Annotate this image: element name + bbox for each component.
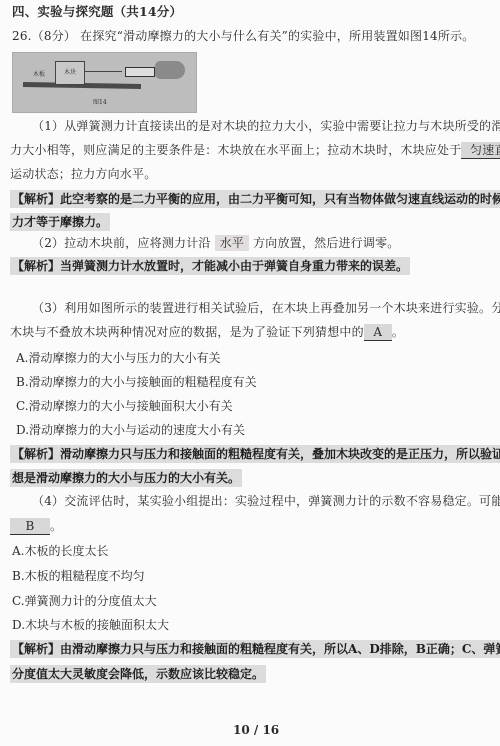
exam-page: 四、实验与探究题（共14分） 26.（8分） 在探究“滑动摩擦力的大小与什么有关… — [0, 0, 500, 746]
part3-option-d: D.滑动摩擦力的大小与运动的速度大小有关 — [16, 422, 245, 438]
part3-line1: （3）利用如图所示的装置进行相关试验后，在木块上再叠加另一个木块来进行实验。分析… — [32, 300, 500, 316]
part3-option-c: C.滑动摩擦力的大小与接触面积大小有关 — [16, 398, 233, 414]
part4-option-c: C.弹簧测力计的分度值太大 — [12, 593, 157, 609]
part3-line2-suffix: 。 — [392, 325, 404, 339]
part2-analysis: 【解析】当弹簧测力计水放置时，才能减小由于弹簧自身重力带来的误差。 — [10, 257, 410, 275]
part1-line1: （1）从弹簧测力计直接读出的是对木块的拉力大小，实验中需要让拉力与木块所受的滑动… — [32, 118, 500, 134]
part4-line2: B。 — [10, 518, 62, 535]
part2-prefix: （2）拉动木块前，应将测力计沿 — [32, 236, 211, 250]
part2-answer: 水平 — [215, 235, 249, 251]
hand-icon — [155, 61, 185, 79]
section-title: 四、实验与探究题（共14分） — [12, 4, 182, 20]
part4-option-b: B.木板的粗糙程度不均匀 — [12, 568, 145, 584]
part3-option-b: B.滑动摩擦力的大小与接触面的粗糙程度有关 — [16, 374, 257, 390]
part3-analysis-line1: 【解析】滑动摩擦力只与压力和接触面的粗糙程度有关，叠加木块改变的是正压力，所以验… — [10, 445, 500, 463]
part1-line2: 力大小相等，则应满足的主要条件是：木块放在水平面上；拉动木块时，木块应处于匀速直… — [10, 142, 500, 159]
part3-answer: A — [364, 324, 392, 341]
spring-scale-icon — [125, 67, 155, 77]
part3-analysis-line2: 想是滑动摩擦力的大小与压力的大小有关。 — [10, 469, 242, 487]
page-number: 10 / 16 — [233, 723, 279, 737]
part4-answer: B — [10, 518, 50, 535]
figure-string — [84, 71, 122, 72]
part4-option-d: D.木块与木板的接触面积太大 — [12, 617, 169, 633]
experiment-figure: 木板 木块 图14 — [12, 52, 197, 113]
part4-line2-suffix: 。 — [50, 519, 62, 533]
part3-line2: 木块与不叠放木块两种情况对应的数据，是为了验证下列猜想中的A。 — [10, 324, 404, 341]
question-header: 26.（8分） 在探究“滑动摩擦力的大小与什么有关”的实验中，所用装置如图14所… — [12, 28, 474, 44]
figure-caption: 图14 — [93, 97, 107, 106]
part4-analysis-line1: 【解析】由滑动摩擦力只与压力和接触面的粗糙程度有关，所以A、D排除，B正确；C、… — [10, 640, 500, 658]
part3-line2-text: 木块与不叠放木块两种情况对应的数据，是为了验证下列猜想中的 — [10, 325, 364, 339]
part2-line: （2）拉动木块前，应将测力计沿 水平 方向放置，然后进行调零。 — [32, 235, 399, 251]
part1-line3: 运动状态；拉力方向水平。 — [10, 166, 156, 182]
part1-analysis-line2: 力才等于摩擦力。 — [10, 213, 110, 231]
part3-option-a: A.滑动摩擦力的大小与压力的大小有关 — [16, 350, 220, 366]
part2-suffix: 方向放置，然后进行调零。 — [253, 236, 399, 250]
part1-answer: 匀速直线 — [461, 142, 500, 159]
part4-option-a: A.木板的长度太长 — [12, 543, 108, 559]
part4-line1: （4）交流评估时，某实验小组提出：实验过程中，弹簧测力计的示数不容易稳定。可能的… — [32, 493, 500, 509]
part1-analysis-line1: 【解析】此空考察的是二力平衡的应用，由二力平衡可知，只有当物体做匀速直线运动的时… — [10, 190, 500, 208]
part4-analysis-line2: 分度值太大灵敏度会降低，示数应该比较稳定。 — [10, 665, 266, 683]
part1-line2-text: 力大小相等，则应满足的主要条件是：木块放在水平面上；拉动木块时，木块应处于 — [10, 143, 461, 157]
figure-board-label: 木板 — [33, 69, 45, 78]
figure-block: 木块 — [55, 61, 85, 85]
